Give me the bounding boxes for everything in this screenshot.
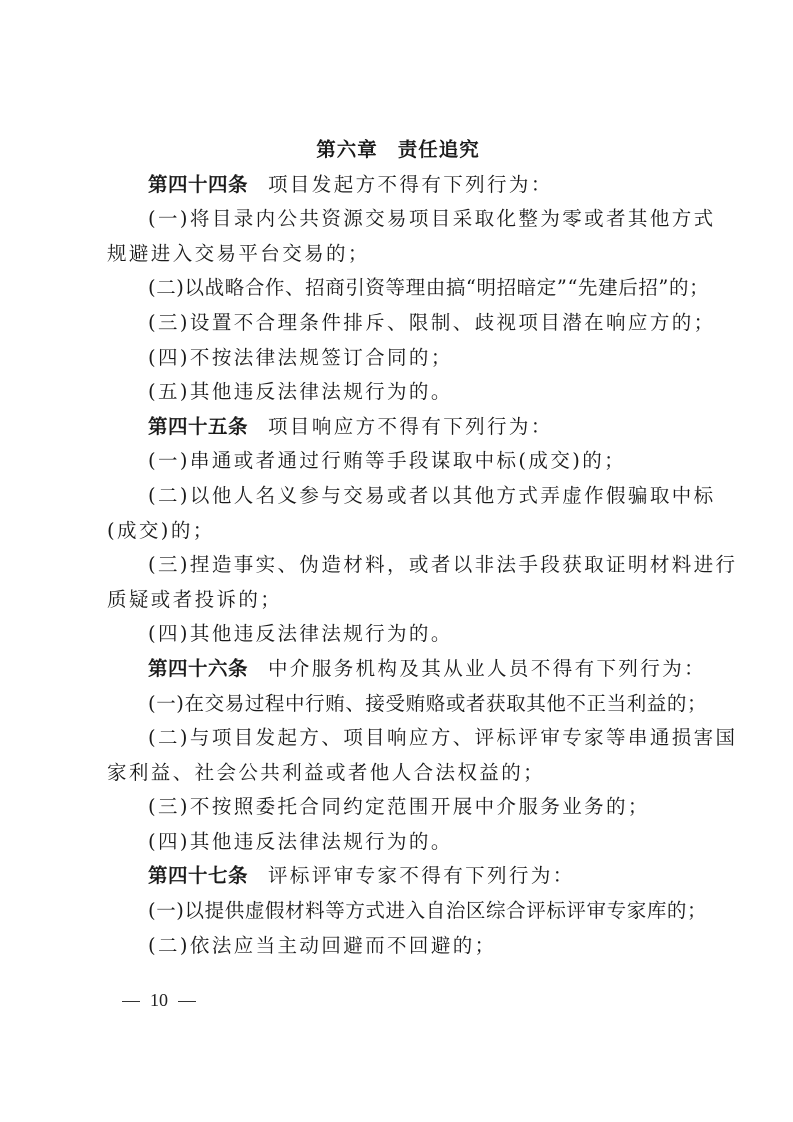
- article-45-heading: 第四十五条项目响应方不得有下列行为：: [107, 410, 689, 445]
- article-text: 项目发起方不得有下列行为：: [268, 173, 553, 196]
- list-item-continuation: 质疑或者投诉的；: [107, 583, 689, 618]
- list-item: (四)不按法律法规签订合同的；: [107, 341, 689, 376]
- article-number: 第四十五条: [148, 415, 248, 438]
- article-46-heading: 第四十六条中介服务机构及其从业人员不得有下列行为：: [107, 652, 689, 687]
- list-item: (四)其他违反法律法规行为的。: [107, 617, 689, 652]
- list-item-continuation: 规避进入交易平台交易的；: [107, 237, 689, 272]
- dash-left: [122, 1001, 140, 1002]
- list-item: (三)设置不合理条件排斥、限制、歧视项目潜在响应方的；: [107, 306, 689, 341]
- article-number: 第四十六条: [148, 657, 248, 680]
- list-item: (二)与项目发起方、项目响应方、评标评审专家等串通损害国: [107, 721, 689, 756]
- list-item: (一)以提供虚假材料等方式进入自治区综合评标评审专家库的；: [107, 894, 689, 929]
- article-47-heading: 第四十七条评标评审专家不得有下列行为：: [107, 859, 689, 894]
- list-item: (一)串通或者通过行贿等手段谋取中标(成交)的；: [107, 444, 689, 479]
- list-item-continuation: 家利益、社会公共利益或者他人合法权益的；: [107, 756, 689, 791]
- list-item: (一)在交易过程中行贿、接受贿赂或者获取其他不正当利益的；: [107, 687, 689, 722]
- list-item: (三)捏造事实、伪造材料，或者以非法手段获取证明材料进行: [107, 548, 689, 583]
- chapter-heading: 第六章责任追究: [107, 133, 689, 168]
- document-page: 第六章责任追究 第四十四条项目发起方不得有下列行为： (一)将目录内公共资源交易…: [107, 133, 689, 963]
- list-item: (五)其他违反法律法规行为的。: [107, 375, 689, 410]
- list-item: (二)依法应当主动回避而不回避的；: [107, 929, 689, 964]
- article-number: 第四十四条: [148, 173, 248, 196]
- list-item: (二)以他人名义参与交易或者以其他方式弄虚作假骗取中标: [107, 479, 689, 514]
- dash-right: [178, 1001, 196, 1002]
- article-44-heading: 第四十四条项目发起方不得有下列行为：: [107, 168, 689, 203]
- chapter-number: 第六章: [316, 138, 378, 161]
- article-text: 中介服务机构及其从业人员不得有下列行为：: [268, 657, 706, 680]
- page-number-footer: 10: [112, 990, 206, 1011]
- list-item: (三)不按照委托合同约定范围开展中介服务业务的；: [107, 790, 689, 825]
- chapter-title: 责任追究: [398, 138, 480, 161]
- article-text: 评标评审专家不得有下列行为：: [268, 864, 575, 887]
- page-number: 10: [150, 990, 168, 1010]
- list-item: (一)将目录内公共资源交易项目采取化整为零或者其他方式: [107, 202, 689, 237]
- list-item: (四)其他违反法律法规行为的。: [107, 825, 689, 860]
- list-item-continuation: (成交)的；: [107, 514, 689, 549]
- article-text: 项目响应方不得有下列行为：: [268, 415, 553, 438]
- list-item: (二)以战略合作、招商引资等理由搞“明招暗定”“先建后招”的；: [107, 271, 689, 306]
- article-number: 第四十七条: [148, 864, 248, 887]
